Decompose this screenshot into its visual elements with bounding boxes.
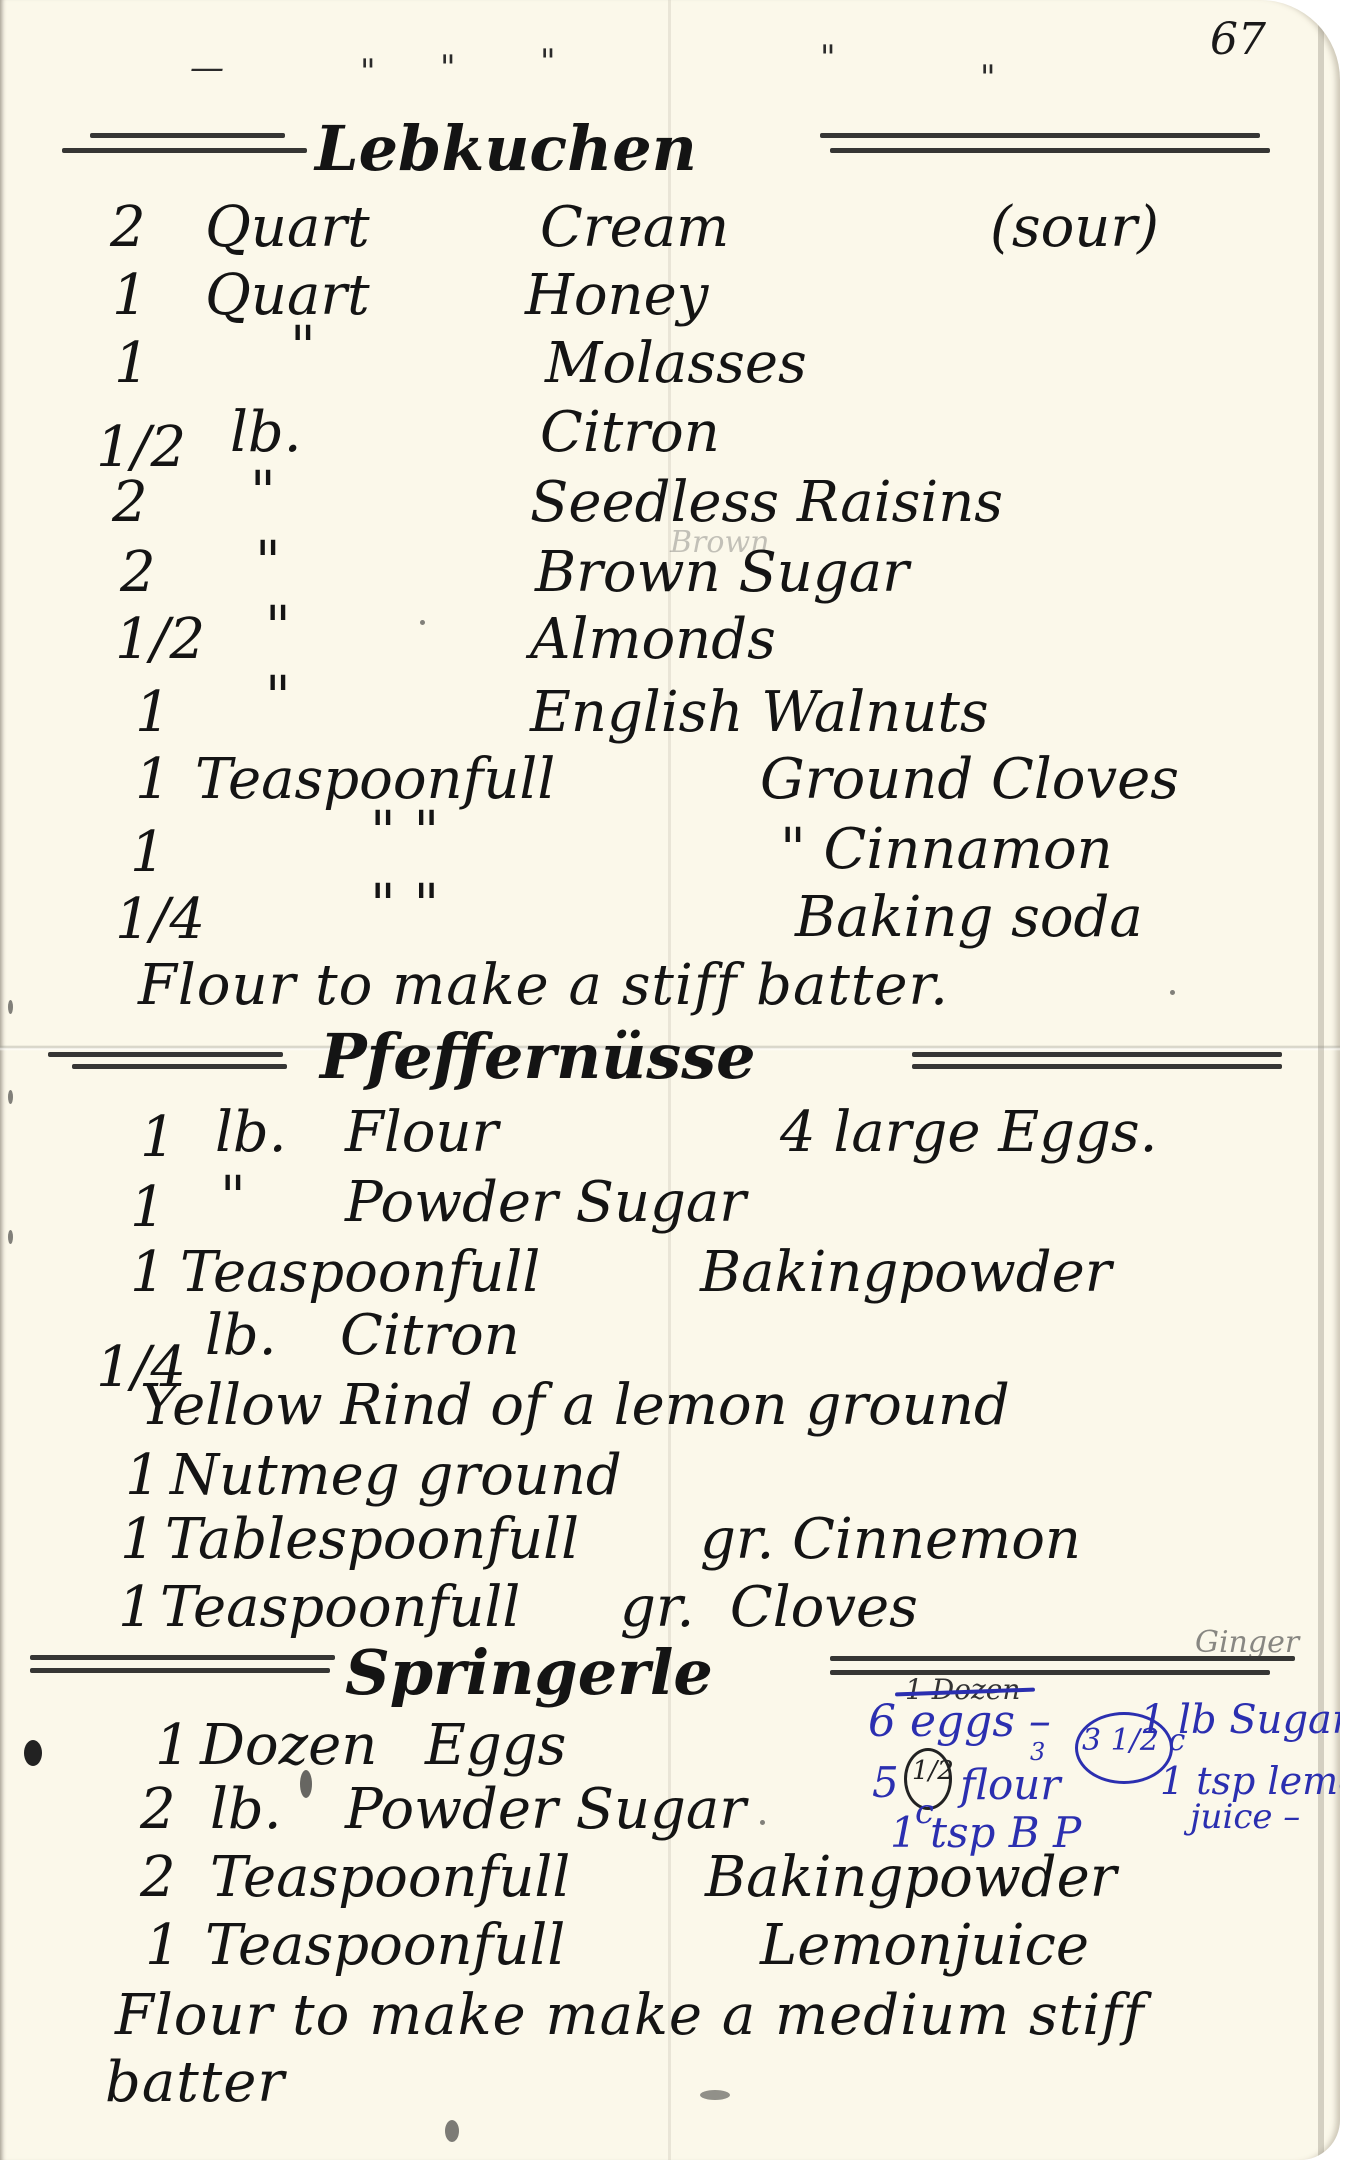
- top-mark: ": [360, 52, 376, 92]
- speck: [8, 1000, 13, 1014]
- ingredient: Powder Sugar: [345, 1782, 746, 1838]
- margin-faint-note: Ginger: [1195, 1625, 1299, 1660]
- annotation-flour-alt: 3: [1030, 1740, 1045, 1764]
- ingredient: Flour: [345, 1105, 498, 1161]
- recipe-title-pfeffernusse: Pfeffernüsse: [320, 1026, 756, 1088]
- ingredient: gr. Cloves: [620, 1580, 918, 1636]
- ingredient: gr. Cinnemon: [700, 1512, 1081, 1568]
- qty: 2: [140, 1850, 176, 1906]
- unit: lb.: [215, 1105, 287, 1161]
- annotation-flour-qty: 5: [872, 1762, 899, 1804]
- qty: 1: [135, 685, 171, 741]
- ingredient: Lemonjuice: [760, 1918, 1089, 1974]
- heading-rule: [48, 1052, 283, 1057]
- annotation-eggs: 6 eggs –: [868, 1700, 1051, 1744]
- annotation-lemon: 1 tsp lemon: [1160, 1762, 1340, 1800]
- recipe-page: — " " " " " 67 Lebkuchen 2 Quart Cream (…: [0, 0, 1340, 2160]
- ingredient-extra: 4 large Eggs.: [780, 1105, 1157, 1161]
- ingredient: Eggs: [425, 1718, 566, 1774]
- ditto-mark: ": [250, 465, 276, 521]
- ingredient: Molasses: [545, 336, 807, 392]
- unit: Quart: [205, 200, 370, 256]
- unit: lb.: [205, 1308, 277, 1364]
- top-mark: ": [820, 38, 836, 78]
- qty: 2: [140, 1782, 176, 1838]
- top-mark: ": [440, 48, 456, 88]
- qty: 1: [130, 825, 166, 881]
- top-mark: ": [540, 42, 556, 82]
- ditto-mark: ": [265, 670, 291, 726]
- recipe-instruction: Flour to make a stiff batter.: [138, 958, 949, 1014]
- qty: 1: [114, 336, 150, 392]
- heading-rule: [912, 1064, 1282, 1069]
- top-mark: —: [190, 48, 224, 88]
- ingredient: Brown Sugar: [535, 545, 909, 601]
- ditto-mark: ": [265, 600, 291, 656]
- ingredient: Citron: [340, 1308, 520, 1364]
- ink-smudge: [700, 2090, 730, 2100]
- qty: 1/4: [115, 892, 205, 948]
- qty: 1: [140, 1110, 176, 1166]
- qty: 1: [118, 1580, 154, 1636]
- ingredient: Yellow Rind of a lemon ground: [140, 1378, 1010, 1434]
- ingredient: Cream: [540, 200, 729, 256]
- unit: Teaspoonfull: [160, 1580, 520, 1636]
- heading-rule: [820, 133, 1260, 138]
- ditto-mark: ": [220, 1170, 246, 1226]
- speck: [8, 1230, 13, 1244]
- heading-rule: [912, 1052, 1282, 1057]
- qty: 1: [120, 1512, 156, 1568]
- qty: 1: [130, 1245, 166, 1301]
- qty: 1: [155, 1718, 191, 1774]
- heading-rule: [830, 148, 1270, 153]
- ingredient: Honey: [525, 268, 708, 324]
- heading-rule: [830, 1670, 1270, 1675]
- ingredient: Nutmeg ground: [170, 1448, 622, 1504]
- ingredient: Seedless Raisins: [530, 475, 1003, 531]
- annotation-circled: 3 1/2 c: [1082, 1726, 1185, 1756]
- top-mark: ": [980, 58, 996, 98]
- qty: 1: [145, 1918, 181, 1974]
- unit: Teaspoonfull: [210, 1850, 570, 1906]
- speck: [1170, 990, 1175, 995]
- qty: 2: [112, 475, 148, 531]
- ingredient: Citron: [540, 405, 720, 461]
- recipe-title-lebkuchen: Lebkuchen: [315, 118, 697, 180]
- ingredient: Bakingpowder: [700, 1245, 1112, 1301]
- unit: lb.: [230, 405, 302, 461]
- ingredient-note: (sour): [990, 200, 1159, 256]
- recipe-instruction-cont: batter: [105, 2055, 285, 2111]
- unit: Teaspoonfull: [205, 1918, 565, 1974]
- unit: Quart: [205, 268, 370, 324]
- ingredient: Almonds: [530, 612, 776, 668]
- heading-rule: [72, 1064, 287, 1069]
- page-number: 67: [1210, 14, 1266, 65]
- unit: Dozen: [200, 1718, 377, 1774]
- annotation-juice: juice –: [1190, 1800, 1300, 1834]
- speck: [8, 1090, 13, 1104]
- ingredient: English Walnuts: [530, 685, 989, 741]
- speck: [760, 1820, 765, 1825]
- qty: 2: [120, 545, 156, 601]
- heading-rule: [62, 148, 307, 153]
- heading-rule: [30, 1668, 330, 1673]
- unit: Teaspoonfull: [180, 1245, 540, 1301]
- speck: [420, 620, 425, 625]
- annotation-flour-frac: 1/2: [912, 1758, 954, 1784]
- ingredient: " Cinnamon: [780, 822, 1113, 878]
- unit: Tablespoonfull: [165, 1512, 579, 1568]
- recipe-title-springerle: Springerle: [345, 1642, 713, 1704]
- qty: 1/2: [96, 420, 186, 476]
- qty: 1: [135, 752, 171, 808]
- heading-rule: [90, 133, 285, 138]
- qty: 1/2: [115, 612, 205, 668]
- ink-smudge: [445, 2120, 459, 2142]
- qty: 1: [112, 268, 148, 324]
- ditto-mark: ": [255, 535, 281, 591]
- ingredient: Powder Sugar: [345, 1175, 746, 1231]
- qty: 1: [125, 1448, 161, 1504]
- ink-blot: [24, 1740, 42, 1766]
- ditto-mark: ": [290, 320, 316, 376]
- annotation-flour: flour: [960, 1764, 1060, 1806]
- ditto-mark: " ": [370, 805, 439, 861]
- annotation-bp: 1 tsp B P: [890, 1812, 1081, 1854]
- recipe-instruction: Flour to make make a medium stiff: [115, 1988, 1145, 2044]
- ingredient: Baking soda: [795, 890, 1143, 946]
- ingredient: Ground Cloves: [760, 752, 1179, 808]
- ditto-mark: " ": [370, 878, 439, 934]
- qty: 2: [110, 200, 146, 256]
- ingredient: Bakingpowder: [705, 1850, 1117, 1906]
- heading-rule: [30, 1655, 335, 1660]
- paper-edge-shadow: [1318, 0, 1324, 2160]
- qty: 1: [130, 1180, 166, 1236]
- unit: lb.: [210, 1782, 282, 1838]
